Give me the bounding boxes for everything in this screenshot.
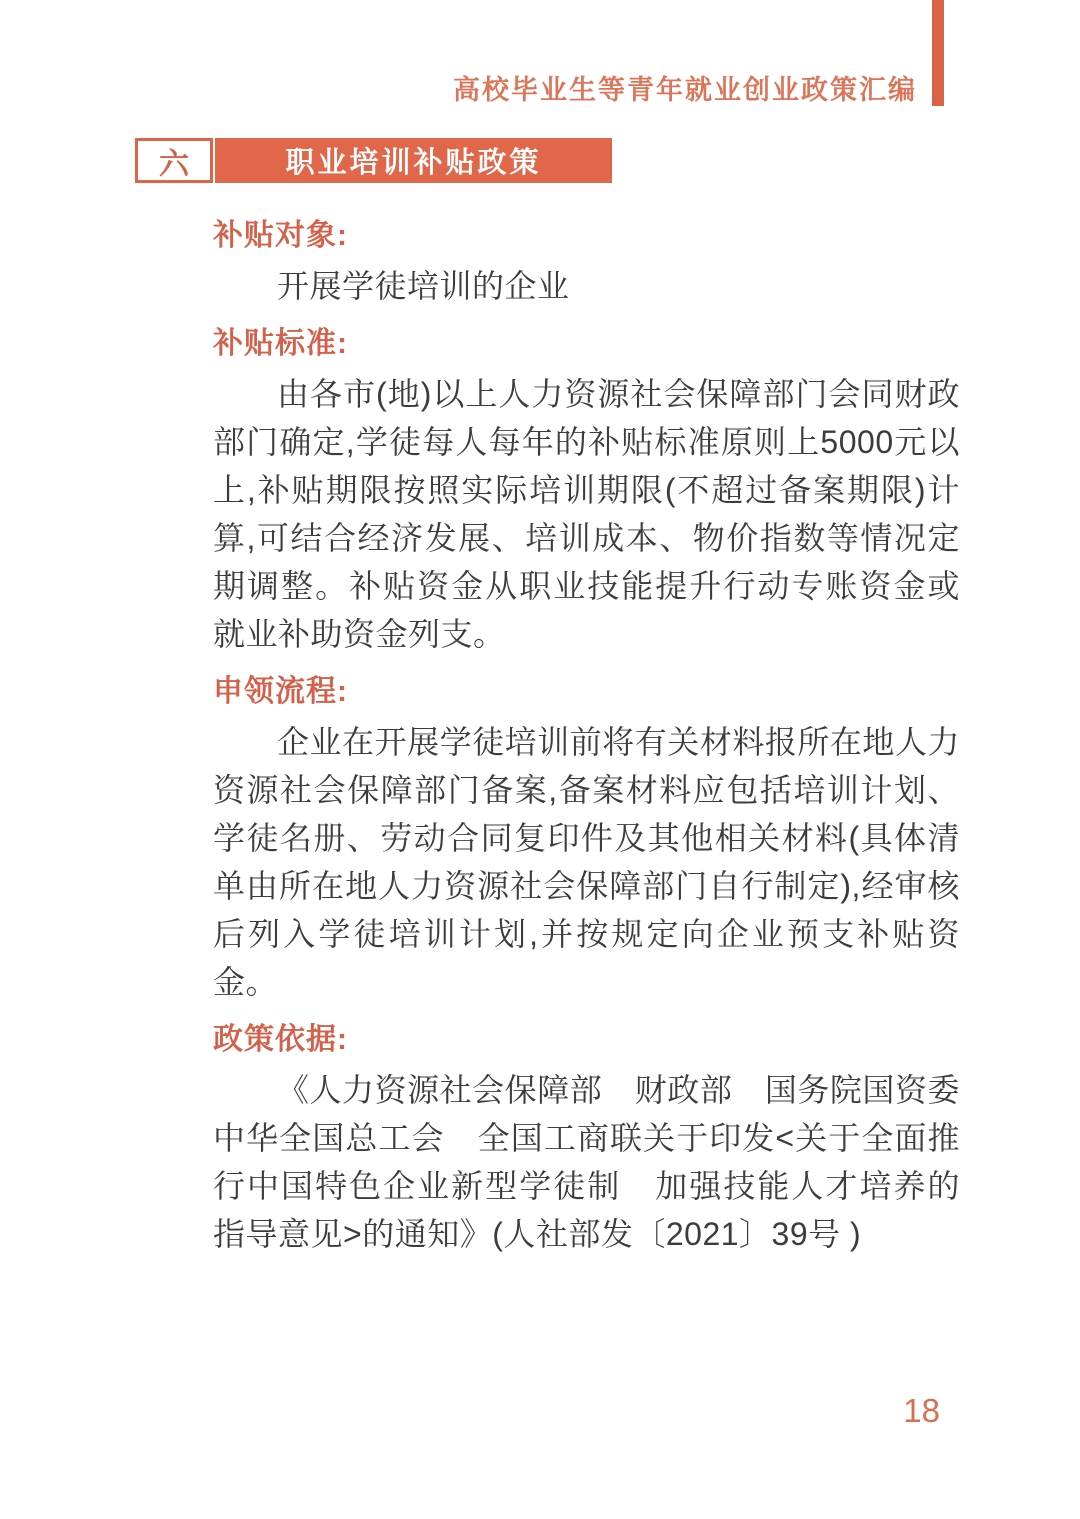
content-column: 补贴对象: 开展学徒培训的企业 补贴标准: 由各市(地)以上人力资源社会保障部门…: [213, 0, 960, 1258]
policy-section-application-process: 申领流程: 企业在开展学徒培训前将有关材料报所在地人力资源社会保障部门备案,备案…: [213, 670, 960, 1006]
section-heading: 申领流程:: [213, 670, 960, 714]
section-paragraph: 《人力资源社会保障部 财政部 国务院国资委 中华全国总工会 全国工商联关于印发<…: [213, 1066, 960, 1258]
policy-section-subsidy-standard: 补贴标准: 由各市(地)以上人力资源社会保障部门会同财政部门确定,学徒每人每年的…: [213, 322, 960, 658]
policy-section-policy-basis: 政策依据: 《人力资源社会保障部 财政部 国务院国资委 中华全国总工会 全国工商…: [213, 1018, 960, 1258]
section-number: 六: [159, 139, 189, 183]
document-page: 高校毕业生等青年就业创业政策汇编 六 职业培训补贴政策 补贴对象: 开展学徒培训…: [0, 0, 1080, 1519]
policy-section-subsidy-target: 补贴对象: 开展学徒培训的企业: [213, 214, 960, 310]
section-heading: 政策依据:: [213, 1018, 960, 1062]
page-number: 18: [903, 1392, 940, 1430]
section-heading: 补贴对象:: [213, 214, 960, 258]
section-heading: 补贴标准:: [213, 322, 960, 366]
section-paragraph: 开展学徒培训的企业: [213, 262, 960, 310]
section-paragraph: 企业在开展学徒培训前将有关材料报所在地人力资源社会保障部门备案,备案材料应包括培…: [213, 718, 960, 1006]
section-number-box: 六: [135, 138, 213, 183]
section-paragraph: 由各市(地)以上人力资源社会保障部门会同财政部门确定,学徒每人每年的补贴标准原则…: [213, 370, 960, 658]
